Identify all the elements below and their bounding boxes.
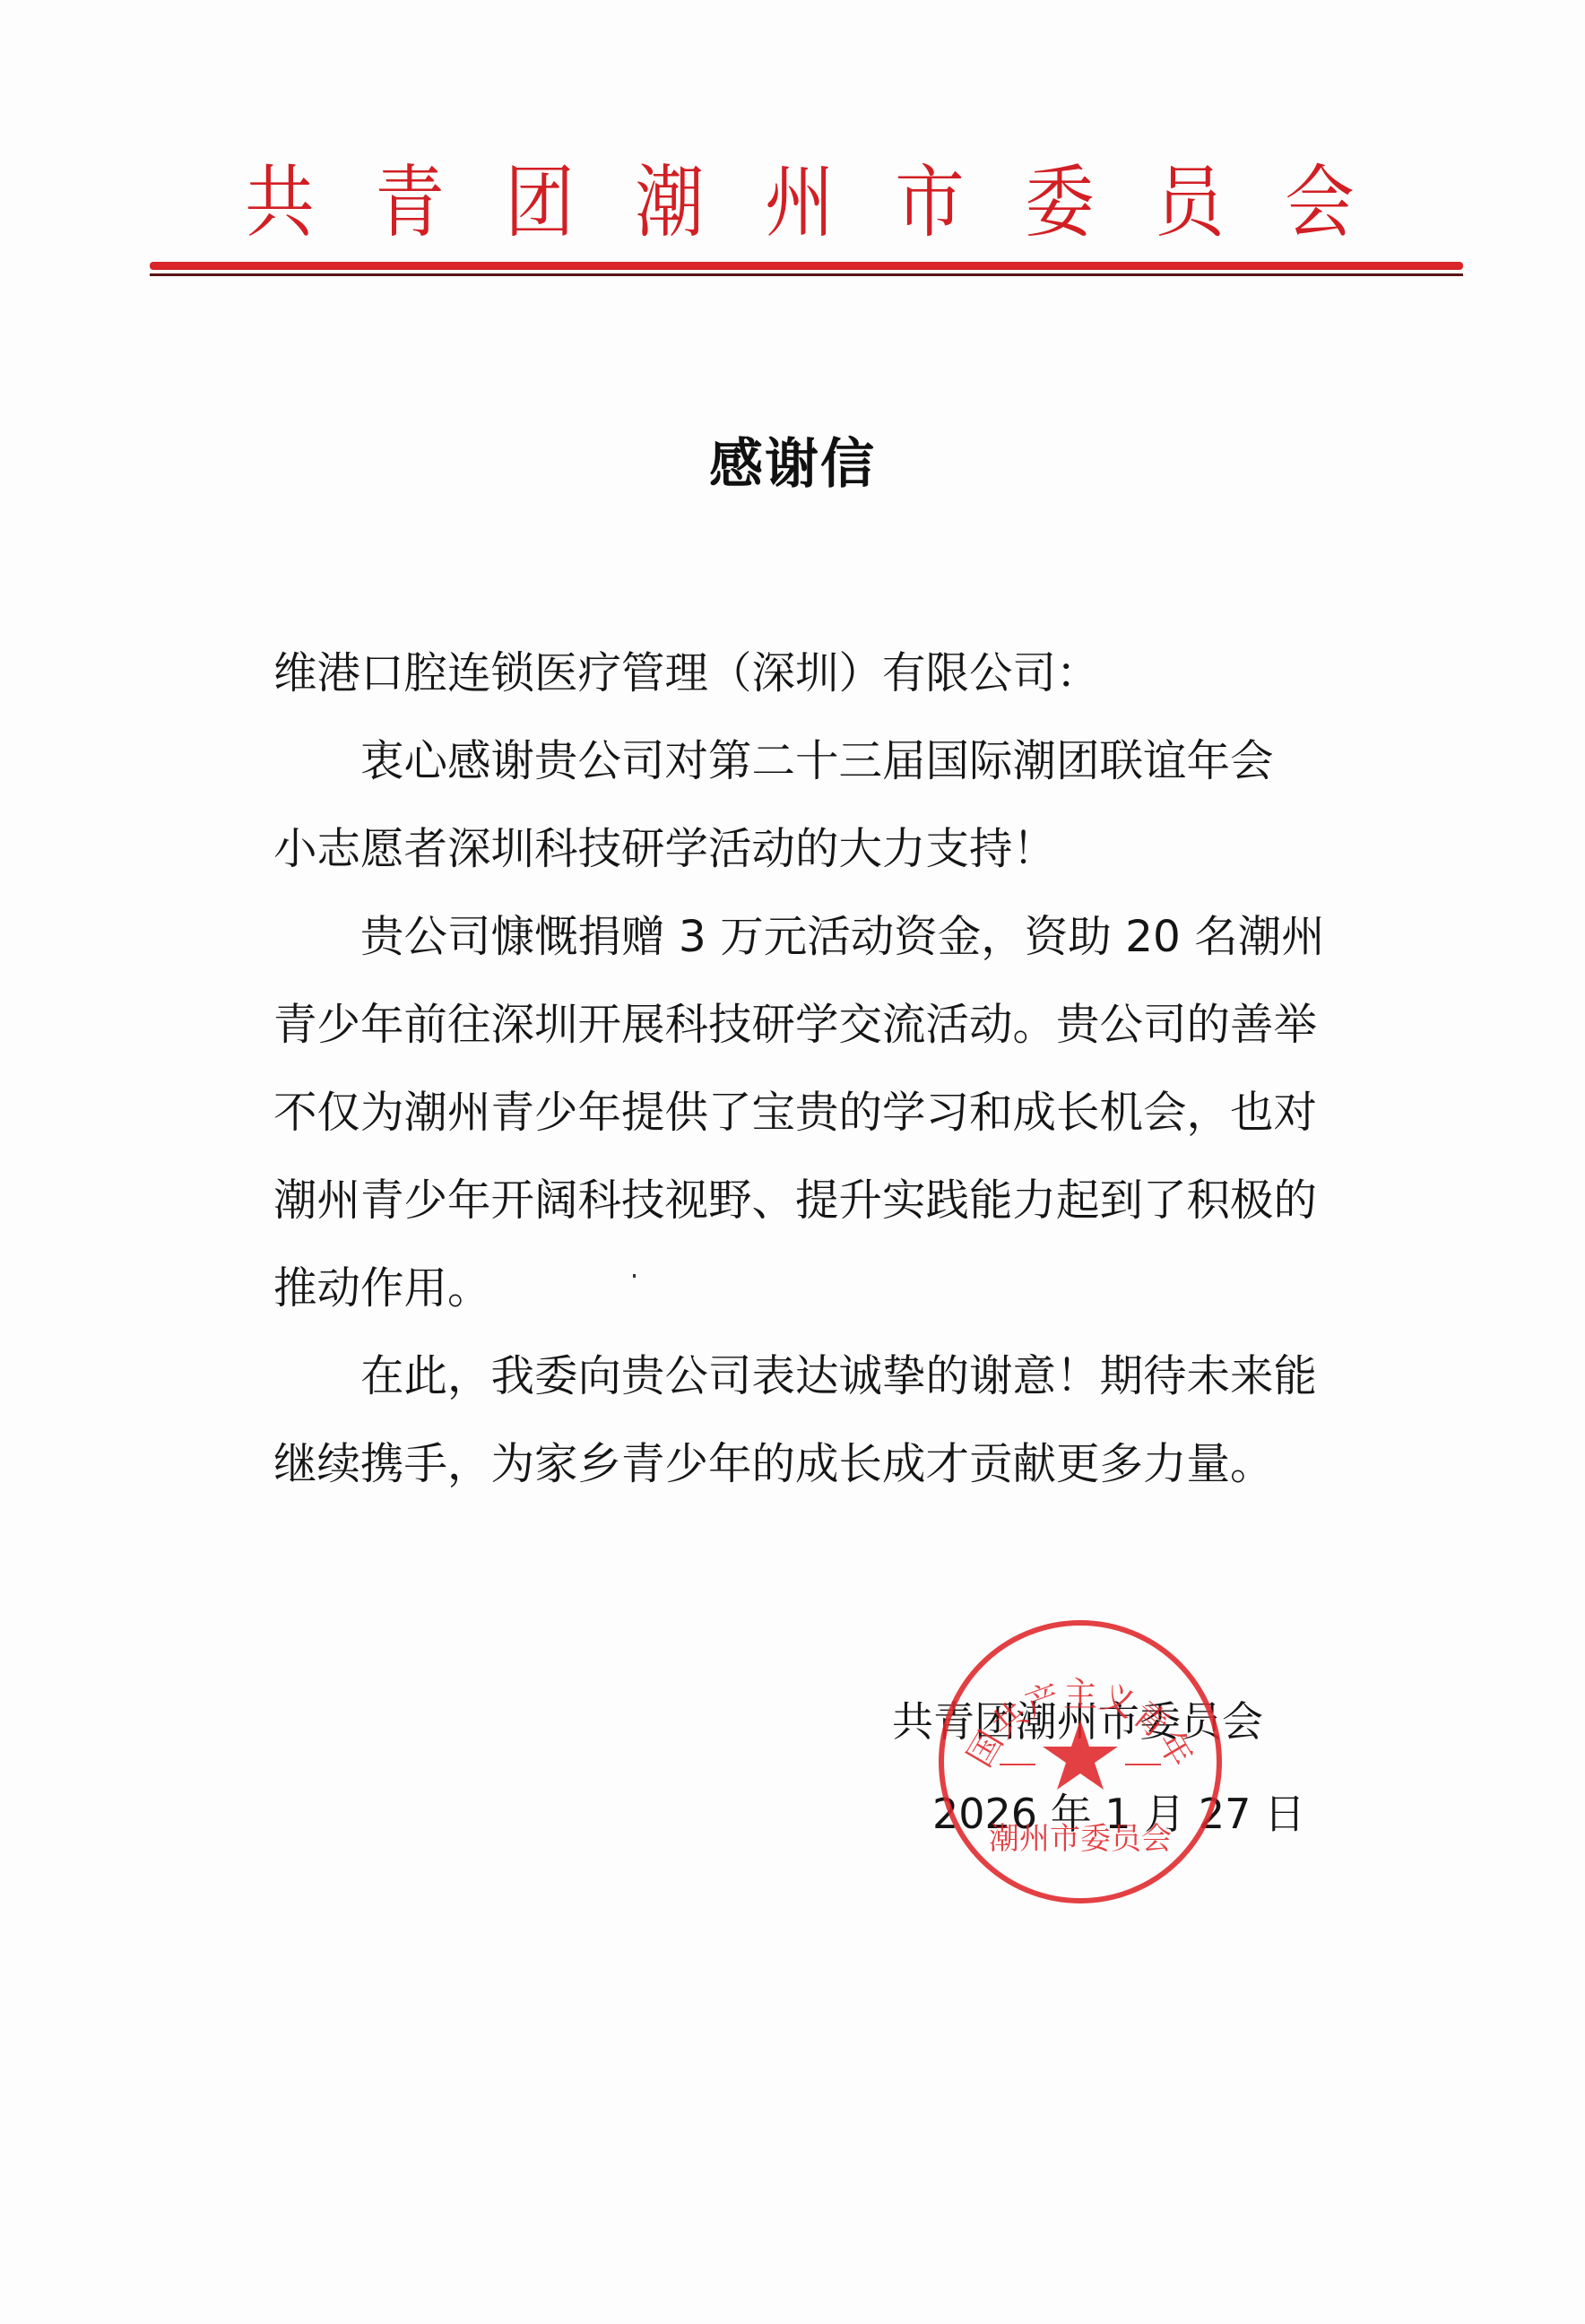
- body-line: 推动作用。: [273, 1244, 491, 1332]
- seal-ring: [941, 1623, 1219, 1901]
- letterhead-char: 青: [375, 158, 444, 247]
- seal-arc-text: 中国共产主义青年团: [932, 1614, 1201, 1773]
- signature-date: 2026 年 1 月 27 日: [932, 1787, 1305, 1841]
- letterhead-char: 会: [1285, 158, 1354, 247]
- letterhead-rule-thin: [150, 273, 1463, 276]
- official-seal: 中国共产主义青年团 潮州市委员会: [932, 1614, 1228, 1910]
- body-line: 青少年前往深圳开展科技研学交流活动。贵公司的善举: [273, 981, 1317, 1069]
- body-line: 衷心感谢贵公司对第二十三届国际潮团联谊年会: [360, 717, 1274, 805]
- signature-organization: 共青团潮州市委员会: [892, 1695, 1263, 1748]
- letterhead-char: 共: [245, 158, 314, 247]
- body-line: 小志愿者深圳科技研学活动的大力支持！: [273, 805, 1056, 893]
- scan-artifact-dot: [633, 1274, 636, 1278]
- letter-page: 共 青 团 潮 州 市 委 员 会 感谢信 维港口腔连锁医疗管理（深圳）有限公司…: [0, 0, 1585, 2324]
- letterhead-char: 潮: [635, 158, 704, 247]
- body-line: 在此，我委向贵公司表达诚挚的谢意！期待未来能: [360, 1332, 1317, 1420]
- letterhead-rule-thick: [150, 262, 1463, 270]
- body-line: 不仅为潮州青少年提供了宝贵的学习和成长机会，也对: [273, 1069, 1317, 1157]
- letterhead-char: 市: [895, 158, 964, 247]
- letterhead-char: 委: [1025, 158, 1094, 247]
- document-title: 感谢信: [0, 429, 1585, 500]
- body-line: 贵公司慷慨捐赠 3 万元活动资金，资助 20 名潮州: [360, 893, 1325, 981]
- letterhead-char: 员: [1155, 158, 1224, 247]
- body-line: 潮州青少年开阔科技视野、提升实践能力起到了积极的: [273, 1157, 1317, 1244]
- letterhead-title: 共 青 团 潮 州 市 委 员 会: [240, 158, 1359, 247]
- letterhead-char: 州: [765, 158, 834, 247]
- body-line: 继续携手，为家乡青少年的成长成才贡献更多力量。: [273, 1420, 1274, 1508]
- salutation: 维港口腔连锁医疗管理（深圳）有限公司：: [273, 629, 1100, 717]
- letterhead-char: 团: [505, 158, 574, 247]
